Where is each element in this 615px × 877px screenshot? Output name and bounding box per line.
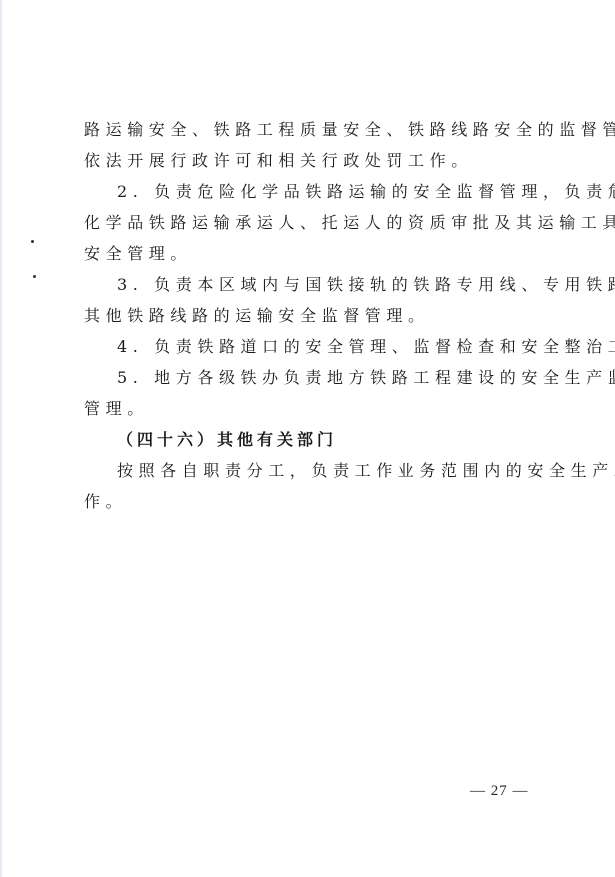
paragraph-line: 路运输安全、铁路工程质量安全、铁路线路安全的监督管理， [84, 114, 544, 145]
scan-speck [31, 240, 34, 243]
paragraph-line: 化学品铁路运输承运人、托运人的资质审批及其运输工具的 [84, 207, 544, 238]
paragraph-line: 管理。 [84, 393, 544, 424]
list-item-5: 5. 地方各级铁办负责地方铁路工程建设的安全生产监督 [84, 362, 544, 393]
paragraph-line: 作。 [84, 486, 544, 517]
scan-speck [33, 275, 36, 278]
scan-edge [0, 0, 2, 877]
list-item-4: 4. 负责铁路道口的安全管理、监督检查和安全整治工作。 [84, 331, 544, 362]
list-item-3: 3. 负责本区域内与国铁接轨的铁路专用线、专用铁路及 [84, 269, 544, 300]
paragraph-line: 按照各自职责分工，负责工作业务范围内的安全生产工 [84, 455, 544, 486]
list-item-2: 2. 负责危险化学品铁路运输的安全监督管理，负责危险 [84, 176, 544, 207]
paragraph-line: 依法开展行政许可和相关行政处罚工作。 [84, 145, 544, 176]
page-number: — 27 — [470, 783, 529, 800]
paragraph-line: 安全管理。 [84, 238, 544, 269]
section-heading: （四十六）其他有关部门 [84, 424, 544, 455]
document-body: 路运输安全、铁路工程质量安全、铁路线路安全的监督管理， 依法开展行政许可和相关行… [84, 114, 544, 517]
paragraph-line: 其他铁路线路的运输安全监督管理。 [84, 300, 544, 331]
